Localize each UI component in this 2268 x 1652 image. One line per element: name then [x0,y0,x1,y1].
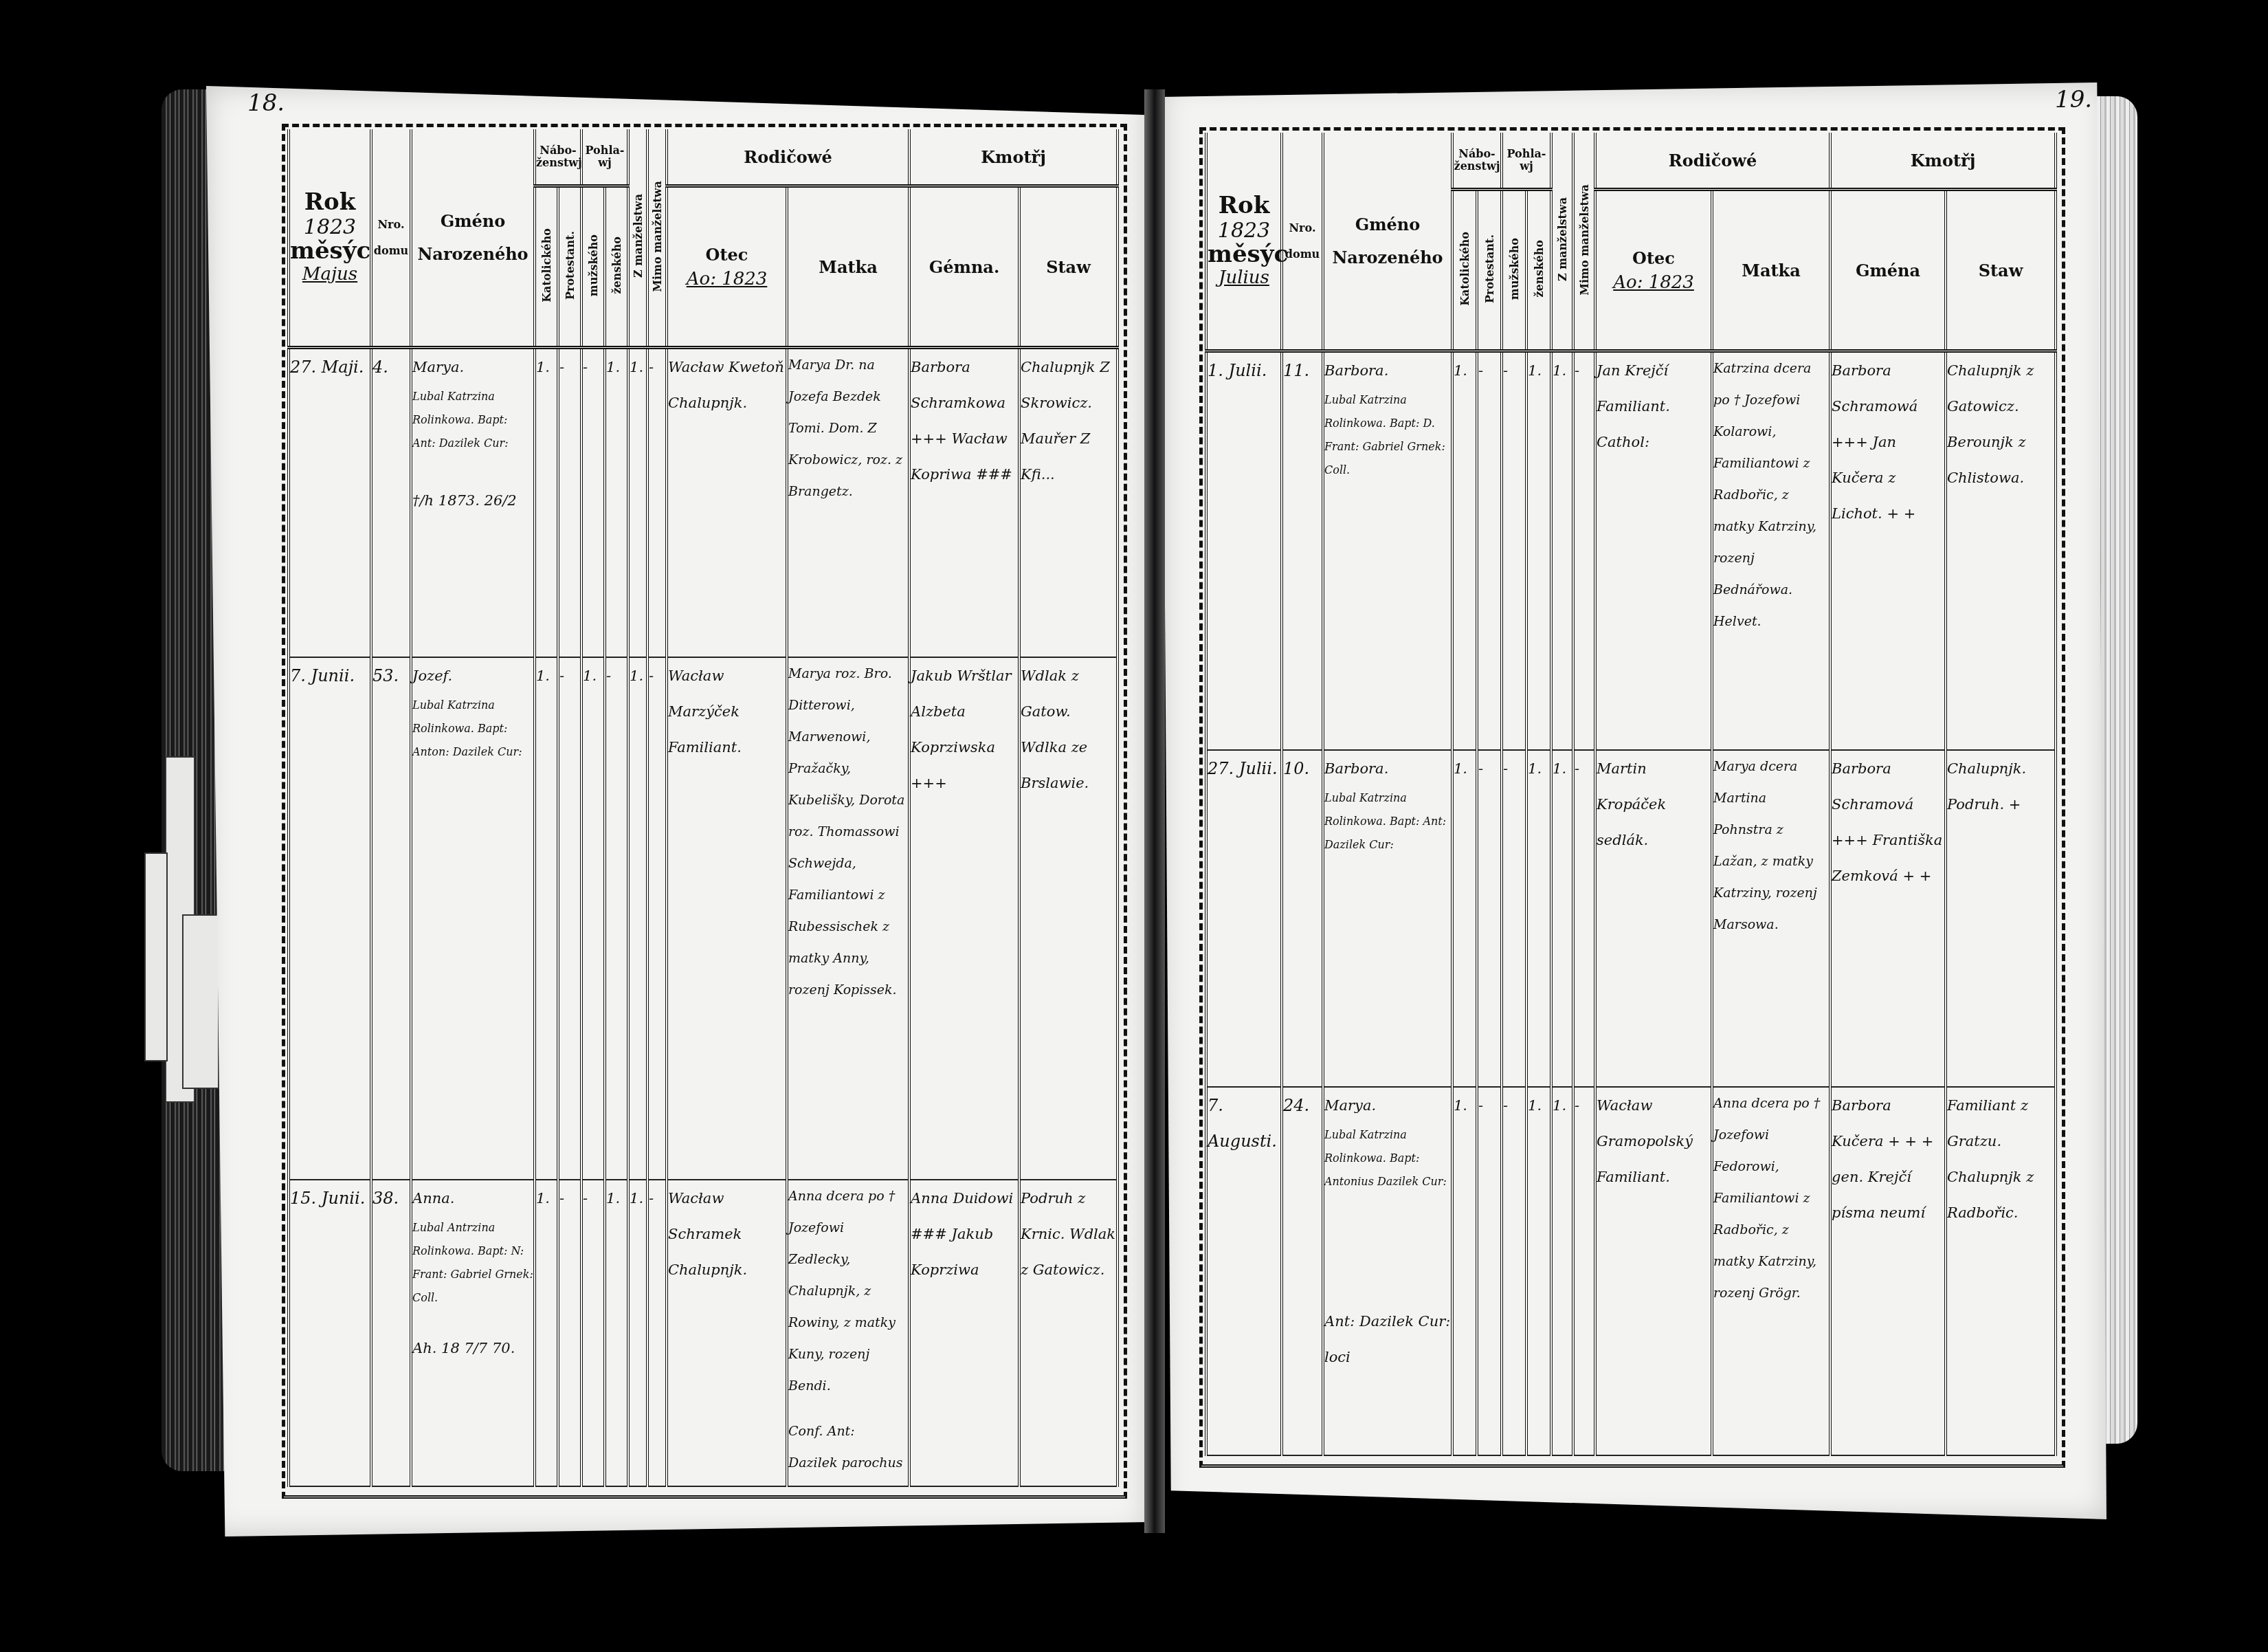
entry-staw: Chalupnjk. Podruh. + [1946,750,2056,1087]
entry-otec: Martin Kropáček sedlák. [1595,750,1712,1087]
entry-muz: - [581,1180,605,1487]
entry-muz: - [1502,351,1526,750]
header-gmena: Gména [1830,190,1946,351]
entry-protest: - [558,1180,581,1487]
entry-matka: Anna dcera po † Jozefowi Fedorowi, Famil… [1712,1087,1830,1456]
entry-otec: Wacław Gramopolský Familiant. [1595,1087,1712,1456]
entry-muz: - [581,348,605,657]
right-register-table: Rok1823měsýcJulius Nro.domu GménoNarozen… [1205,133,2057,1456]
entry-zen: 1. [605,348,628,657]
entry-matka: Anna dcera po † Jozefowi Zedlecky, Chalu… [787,1180,909,1487]
entry-staw: Chalupnjk z Gatowicz. Berounjk z Chlisto… [1946,351,2056,750]
header-rodicowe: Rodičowé [667,129,909,186]
entry-house: 53. [371,657,411,1180]
index-tabs [144,756,227,1114]
entry-zen: 1. [1526,1087,1551,1456]
entry-name: Marya.Lubal Katrzina Rolinkowa. Bapt: An… [411,348,535,657]
entry-matka: Marya Dr. na Jozefa Bezdek Tomi. Dom. Z … [787,348,909,657]
entry-mimo: - [1573,1087,1595,1456]
entry-z-manz: 1. [1551,1087,1573,1456]
header-katolickeho: Katolického [1452,190,1477,351]
baptism-note: Lubal Antrzina Rolinkowa. Bapt: N: Frant… [412,1216,533,1310]
register-entry: 27. Julii. 10. Barbora.Lubal Katrzina Ro… [1206,750,2056,1087]
entry-name: Marya.Lubal Katrzina Rolinkowa. Bapt: An… [1323,1087,1452,1456]
entry-house: 4. [371,348,411,657]
entry-muz: - [1502,750,1526,1087]
header-otec: OtecAo: 1823 [667,186,787,348]
entry-kmotri: Barbora Schramová +++ Františka Zemková … [1830,750,1946,1087]
entry-muz: - [1502,1087,1526,1456]
header-rok: Rok1823měsýcMajus [289,129,371,348]
header-nro-domu: Nro.domu [371,129,411,348]
header-gmena: Gémna. [909,186,1019,348]
entry-protest: - [558,657,581,1180]
header-rok: Rok1823měsýcJulius [1206,133,1282,351]
entry-kmotri: Barbora Schramowá +++ Jan Kučera z Licho… [1830,351,1946,750]
header-kmotri: Kmotřj [909,129,1118,186]
baptism-note: Lubal Katrzina Rolinkowa. Bapt: Ant: Daz… [1324,786,1451,857]
header-muzskeho: mužského [581,186,605,348]
entry-z-manz: 1. [1551,750,1573,1087]
header-zenskeho: ženského [1526,190,1551,351]
left-page-number: 18. [247,89,285,117]
entry-katol: 1. [535,657,558,1180]
left-register-table: Rok1823měsýcMajus Nro.domu GménoNarozené… [287,129,1119,1487]
entry-date: 7. Augusti. [1206,1087,1282,1456]
header-kmotri: Kmotřj [1830,133,2056,190]
entry-date: 27. Julii. [1206,750,1282,1087]
entry-mimo: - [1573,750,1595,1087]
entry-muz: 1. [581,657,605,1180]
entry-house: 38. [371,1180,411,1487]
entry-otec: Wacław Schramek Chalupnjk. [667,1180,787,1487]
entry-z-manz: 1. [628,657,647,1180]
entry-house: 11. [1282,351,1323,750]
entry-name: Barbora.Lubal Katrzina Rolinkowa. Bapt: … [1323,750,1452,1087]
book-gutter [1144,89,1165,1533]
entry-staw: Wdlak z Gatow. Wdlka ze Brslawie. [1019,657,1118,1180]
entry-mimo: - [647,657,667,1180]
header-protestant: Protestant. [1477,190,1502,351]
entry-name: Anna.Lubal Antrzina Rolinkowa. Bapt: N: … [411,1180,535,1487]
entry-protest: - [1477,351,1502,750]
register-entry: 1. Julii. 11. Barbora.Lubal Katrzina Rol… [1206,351,2056,750]
later-annotation: Ah. 18 7/7 70. [412,1330,533,1366]
register-entry: 7. Junii. 53. Jozef.Lubal Katrzina Rolin… [289,657,1118,1180]
entry-kmotri: Anna Duidowi ### Jakub Koprziwa [909,1180,1019,1487]
header-nabozenstwi: Nábo- ženstwj [1452,133,1502,190]
entry-matka: Marya dcera Martina Pohnstra z Lažan, z … [1712,750,1830,1087]
register-entry: 7. Augusti. 24. Marya.Lubal Katrzina Rol… [1206,1087,2056,1456]
closing-signature: Ant: Dazilek Cur: loci [1324,1303,1451,1375]
entry-otec: Wacław Kwetoň Chalupnjk. [667,348,787,657]
entry-house: 24. [1282,1087,1323,1456]
entry-z-manz: 1. [628,348,647,657]
entry-protest: - [1477,1087,1502,1456]
header-z-manzelstwa: Z manželstwa [1551,133,1573,351]
header-zenskeho: ženského [605,186,628,348]
entry-protest: - [558,348,581,657]
entry-mimo: - [647,348,667,657]
entry-staw: Chalupnjk Z Skrowicz. Mauřer Z Kfi... [1019,348,1118,657]
entry-kmotri: Barbora Kučera + + + gen. Krejčí písma n… [1830,1087,1946,1456]
entry-staw: Podruh z Krnic. Wdlak z Gatowicz. [1019,1180,1118,1487]
entry-house: 10. [1282,750,1323,1087]
entry-zen: 1. [1526,351,1551,750]
entry-zen: 1. [605,1180,628,1487]
header-katolickeho: Katolického [535,186,558,348]
header-pohlawi: Pohla- wj [581,129,628,186]
baptism-note: Lubal Katrzina Rolinkowa. Bapt: Antonius… [1324,1123,1451,1193]
entry-otec: Wacław Marzýček Familiant. [667,657,787,1180]
header-protestant: Protestant. [558,186,581,348]
register-entry: 27. Maji. 4. Marya.Lubal Katrzina Rolink… [289,348,1118,657]
entry-matka: Marya roz. Bro. Ditterowi, Marwenowi, Pr… [787,657,909,1180]
entry-katol: 1. [1452,1087,1477,1456]
entry-mimo: - [647,1180,667,1487]
entry-matka: Katrzina dcera po † Jozefowi Kolarowi, F… [1712,351,1830,750]
later-annotation: †/h 1873. 26/2 [412,483,533,518]
entry-z-manz: 1. [628,1180,647,1487]
closing-signature: Conf. Ant: Dazilek parochus [788,1416,908,1479]
header-gmeno: GménoNarozeného [1323,133,1452,351]
header-matka: Matka [787,186,909,348]
entry-kmotri: Barbora Schramkowa +++ Wacław Kopriwa ##… [909,348,1019,657]
baptism-note: Lubal Katrzina Rolinkowa. Bapt: D. Frant… [1324,388,1451,482]
header-nabozenstwi: Nábo- ženstwj [535,129,581,186]
header-staw: Staw [1946,190,2056,351]
header-staw: Staw [1019,186,1118,348]
right-page-number: 19. [2055,86,2092,113]
entry-date: 15. Junii. [289,1180,371,1487]
entry-zen: 1. [1526,750,1551,1087]
header-otec: OtecAo: 1823 [1595,190,1712,351]
header-matka: Matka [1712,190,1830,351]
entry-name: Jozef.Lubal Katrzina Rolinkowa. Bapt: An… [411,657,535,1180]
entry-staw: Familiant z Gratzu. Chalupnjk z Radbořic… [1946,1087,2056,1456]
entry-katol: 1. [535,348,558,657]
entry-date: 7. Junii. [289,657,371,1180]
baptism-note: Lubal Katrzina Rolinkowa. Bapt: Anton: D… [412,694,533,764]
entry-katol: 1. [535,1180,558,1487]
header-rodicowe: Rodičowé [1595,133,1830,190]
entry-katol: 1. [1452,750,1477,1087]
header-z-manzelstwa: Z manželstwa [628,129,647,348]
entry-mimo: - [1573,351,1595,750]
entry-z-manz: 1. [1551,351,1573,750]
entry-otec: Jan Krejčí Familiant. Cathol: [1595,351,1712,750]
entry-katol: 1. [1452,351,1477,750]
register-entry: 15. Junii. 38. Anna.Lubal Antrzina Rolin… [289,1180,1118,1487]
entry-protest: - [1477,750,1502,1087]
entry-date: 1. Julii. [1206,351,1282,750]
header-gmeno: GménoNarozeného [411,129,535,348]
header-mimo-manzelstwa: Mimo manželstwa [647,129,667,348]
entry-zen: - [605,657,628,1180]
entry-name: Barbora.Lubal Katrzina Rolinkowa. Bapt: … [1323,351,1452,750]
entry-kmotri: Jakub Wrštlar Alzbeta Koprziwska +++ [909,657,1019,1180]
header-muzskeho: mužského [1502,190,1526,351]
header-pohlawi: Pohla- wj [1502,133,1551,190]
header-mimo-manzelstwa: Mimo manželstwa [1573,133,1595,351]
entry-date: 27. Maji. [289,348,371,657]
baptism-note: Lubal Katrzina Rolinkowa. Bapt: Ant: Daz… [412,385,533,455]
